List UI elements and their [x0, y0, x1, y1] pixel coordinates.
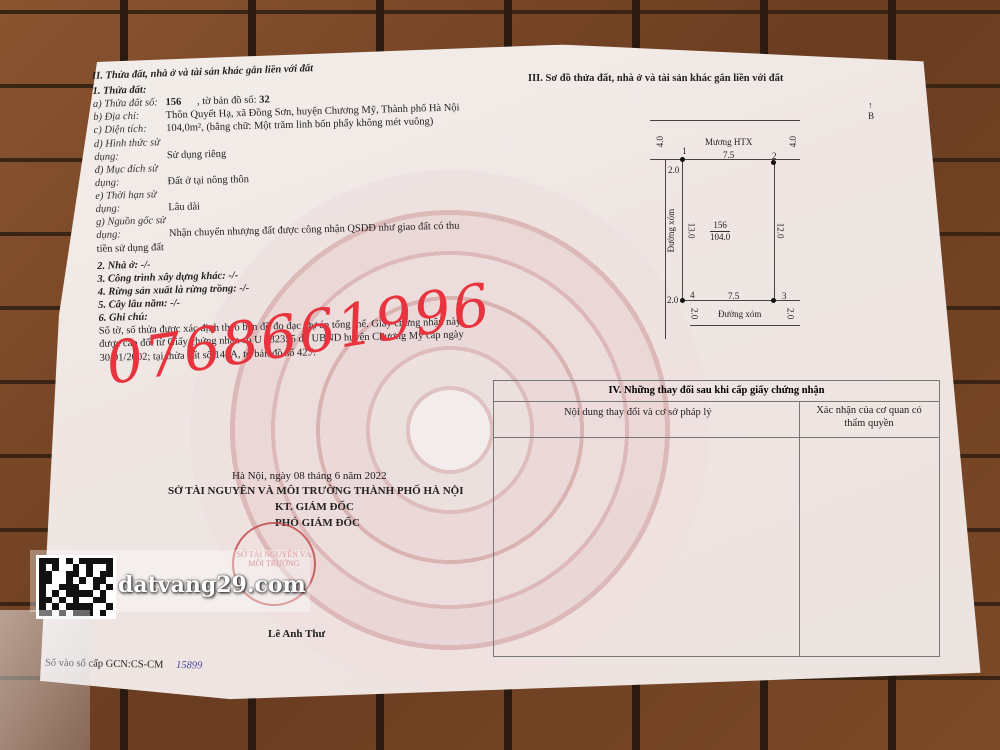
parcel-number: 156	[165, 97, 181, 108]
signer-name: Lê Anh Thư	[268, 628, 325, 642]
left-road-label: Đường xóm	[666, 209, 677, 252]
usage-purpose: Đất ở tại nông thôn	[167, 174, 249, 187]
changes-col-confirmation: Xác nhận của cơ quan có thẩm quyền	[809, 404, 929, 430]
point-3	[771, 298, 776, 303]
plastic-sleeve	[0, 610, 90, 750]
issue-date: Hà Nội, ngày 08 tháng 6 năm 2022	[232, 470, 387, 484]
top-road-label: Mương HTX	[705, 137, 752, 148]
bottom-road-label: Đường xóm	[718, 309, 761, 320]
point-4	[680, 298, 685, 303]
north-arrow-icon: ↑B	[868, 100, 874, 123]
usage-form: Sử dụng riêng	[167, 148, 227, 161]
issuing-agency: SỞ TÀI NGUYÊN VÀ MÔI TRƯỜNG THÀNH PHỐ HÀ…	[168, 485, 464, 499]
section-iii-title: III. Sơ đồ thửa đất, nhà ở và tài sản kh…	[528, 72, 783, 85]
point-1	[680, 157, 685, 162]
signer-kt: KT. GIÁM ĐỐC	[275, 501, 354, 515]
changes-table-title: IV. Những thay đổi sau khi cấp giấy chứn…	[494, 381, 939, 402]
usage-term: Lâu dài	[168, 201, 200, 213]
changes-col-content: Nội dung thay đổi và cơ sở pháp lý	[564, 406, 712, 419]
parcel-heading: 1. Thửa đất:	[92, 85, 146, 97]
map-sheet-number: 32	[259, 95, 270, 106]
parcel-label: 156 104.0	[710, 220, 730, 244]
website-watermark[interactable]: datvang29.com	[118, 572, 306, 598]
changes-table: IV. Những thay đổi sau khi cấp giấy chứn…	[493, 380, 940, 657]
